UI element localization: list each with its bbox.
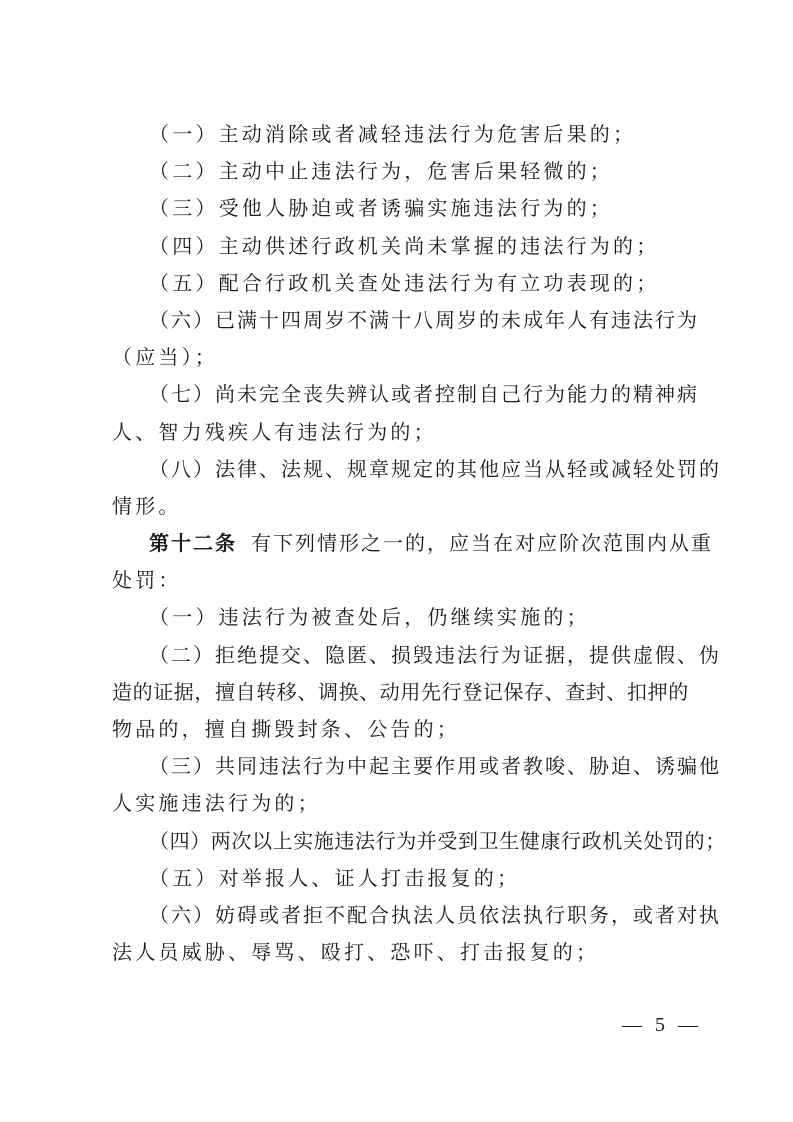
list-item: （一）违法行为被查处后，仍继续实施的；: [112, 599, 692, 636]
list-item-continuation: 物品的，擅自撕毁封条、公告的；: [112, 711, 692, 748]
list-item: （五）配合行政机关查处违法行为有立功表现的；: [112, 265, 692, 302]
list-item: （三）受他人胁迫或者诱骗实施违法行为的；: [112, 190, 692, 227]
article-heading-line: 第十二条有下列情形之一的，应当在对应阶次范围内从重: [112, 525, 692, 562]
list-item: （八）法律、法规、规章规定的其他应当从轻或减轻处罚的: [112, 451, 692, 488]
list-item-continuation: 人实施违法行为的；: [112, 785, 692, 822]
list-item: （三）共同违法行为中起主要作用或者教唆、胁迫、诱骗他: [112, 748, 692, 785]
list-item: （四）两次以上实施违法行为并受到卫生健康行政机关处罚的；: [112, 823, 692, 860]
list-item-continuation: 情形。: [112, 488, 692, 525]
page-number: — 5 —: [622, 1014, 702, 1037]
list-item: （二）主动中止违法行为，危害后果轻微的；: [112, 153, 692, 190]
list-item: （七）尚未完全丧失辨认或者控制自己行为能力的精神病: [112, 376, 692, 413]
article-heading: 第十二条: [149, 531, 237, 555]
document-page: （一）主动消除或者减轻违法行为危害后果的； （二）主动中止违法行为，危害后果轻微…: [112, 116, 692, 971]
article-text-continuation: 处罚：: [112, 562, 692, 599]
list-item-continuation: 人、智力残疾人有违法行为的；: [112, 414, 692, 451]
list-item: （六）妨碍或者拒不配合执法人员依法执行职务，或者对执: [112, 897, 692, 934]
list-item: （二）拒绝提交、隐匿、损毁违法行为证据，提供虚假、伪: [112, 637, 692, 674]
article-text: 有下列情形之一的，应当在对应阶次范围内从重: [251, 531, 713, 555]
list-item: （四）主动供述行政机关尚未掌握的违法行为的；: [112, 228, 692, 265]
list-item-continuation: 法人员威胁、辱骂、殴打、恐吓、打击报复的；: [112, 934, 692, 971]
list-item-continuation: 造的证据，擅自转移、调换、动用先行登记保存、查封、扣押的: [112, 674, 692, 711]
list-item: （六）已满十四周岁不满十八周岁的未成年人有违法行为: [112, 302, 692, 339]
list-item: （五）对举报人、证人打击报复的；: [112, 860, 692, 897]
list-item: （一）主动消除或者减轻违法行为危害后果的；: [112, 116, 692, 153]
list-item-continuation: （应当）；: [112, 339, 692, 376]
